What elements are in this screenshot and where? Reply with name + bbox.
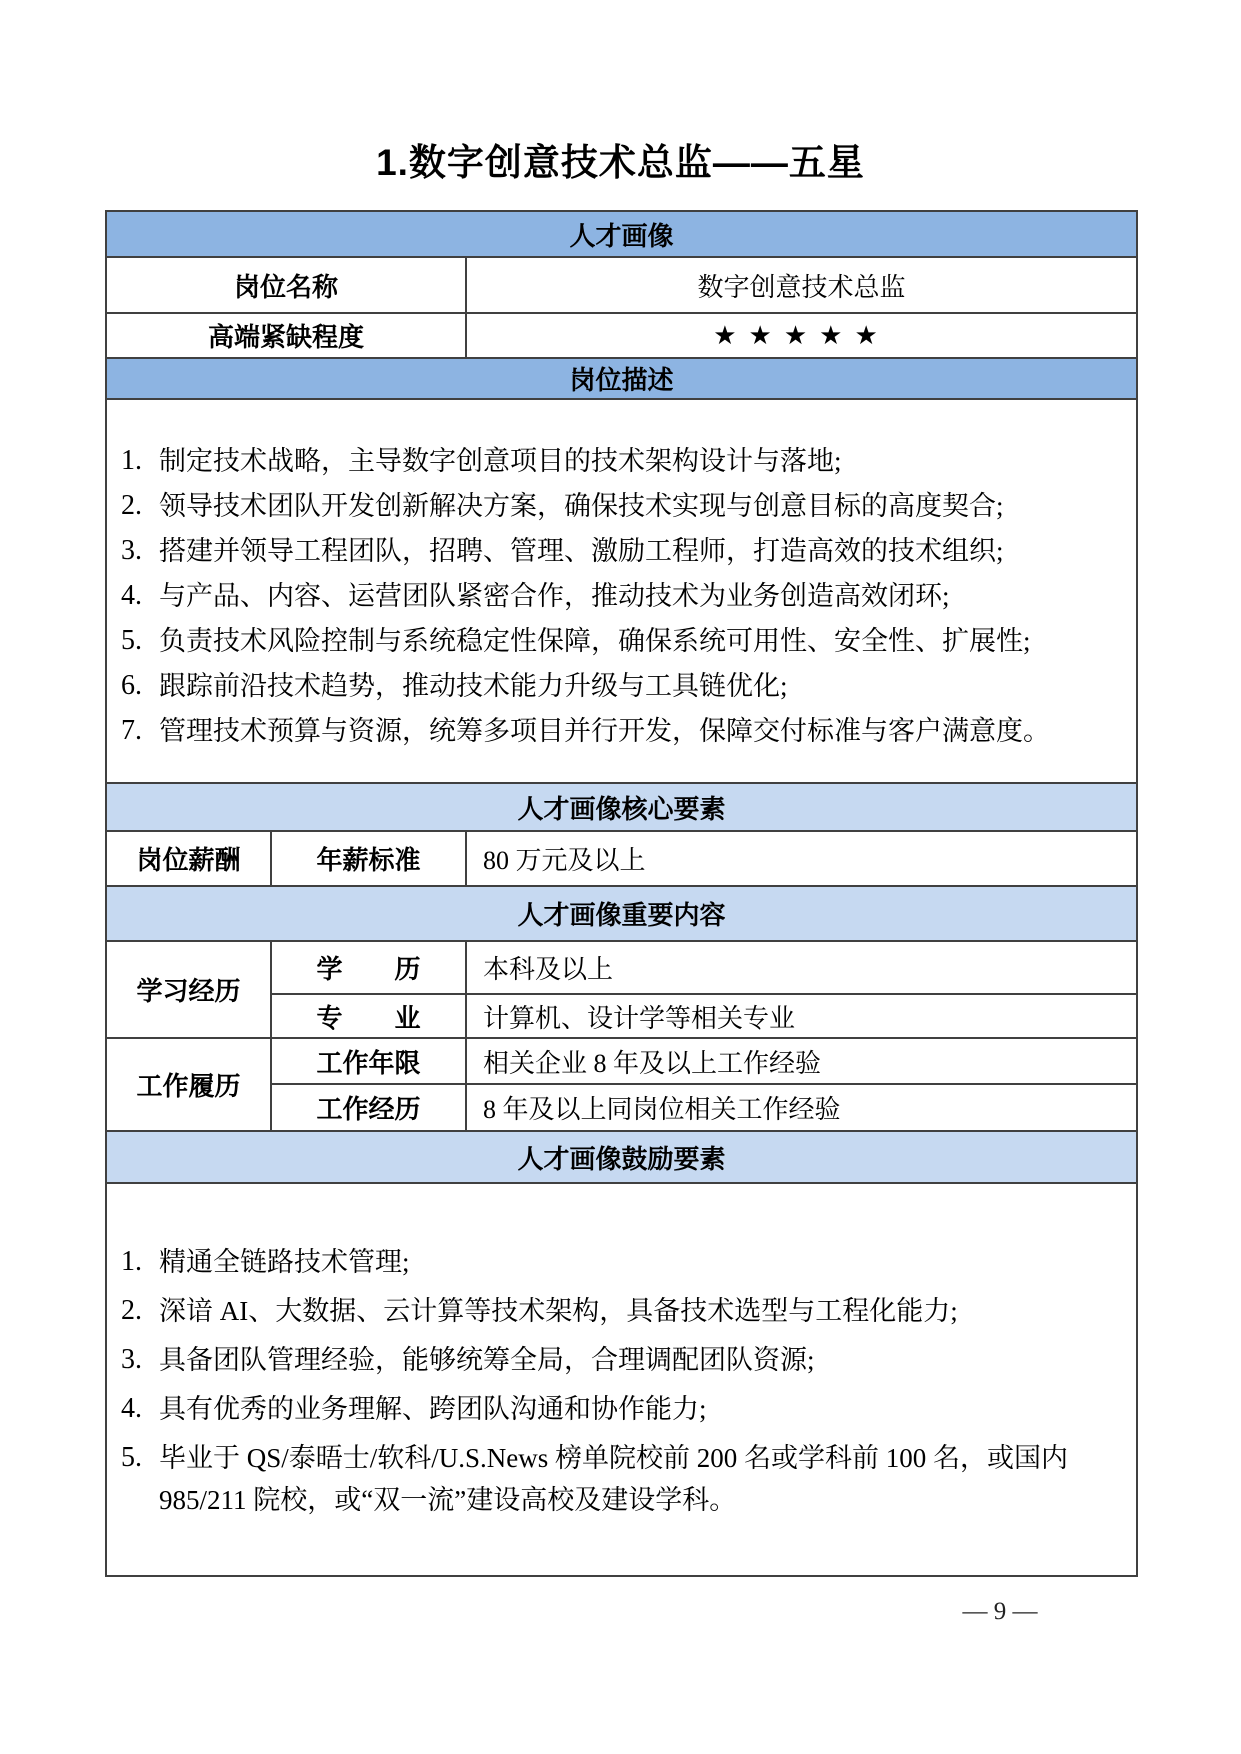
salary-standard-label: 年薪标准 — [271, 831, 466, 886]
item-number: 7. — [121, 709, 159, 753]
item-text: 搭建并领导工程团队，招聘、管理、激励工程师，打造高效的技术组织; — [159, 529, 1124, 573]
job-description-item: 4. 与产品、内容、运营团队紧密合作，推动技术为业务创造高效闭环; — [121, 574, 1124, 618]
encourage-list: 1. 精通全链路技术管理; 2. 深谙 AI、大数据、云计算等技术架构，具备技术… — [121, 1241, 1124, 1521]
degree-label: 学 历 — [271, 941, 466, 994]
job-description-item: 7. 管理技术预算与资源，统筹多项目并行开发，保障交付标准与客户满意度。 — [121, 709, 1124, 753]
section-header-important-content: 人才画像重要内容 — [106, 886, 1137, 941]
item-number: 2. — [121, 484, 159, 528]
item-number: 2. — [121, 1290, 159, 1332]
item-text: 具备团队管理经验，能够统筹全局，合理调配团队资源; — [159, 1339, 1124, 1381]
work-experience-value: 8 年及以上同岗位相关工作经验 — [466, 1084, 1137, 1131]
position-name-row: 岗位名称 数字创意技术总监 — [106, 257, 1137, 313]
item-number: 4. — [121, 1388, 159, 1430]
job-description-item: 1. 制定技术战略，主导数字创意项目的技术架构设计与落地; — [121, 439, 1124, 483]
section-header-encourage: 人才画像鼓励要素 — [106, 1131, 1137, 1183]
item-number: 3. — [121, 529, 159, 573]
job-description-item: 6. 跟踪前沿技术趋势，推动技术能力升级与工具链优化; — [121, 664, 1124, 708]
item-text: 跟踪前沿技术趋势，推动技术能力升级与工具链优化; — [159, 664, 1124, 708]
item-text: 深谙 AI、大数据、云计算等技术架构，具备技术选型与工程化能力; — [159, 1290, 1124, 1332]
item-number: 1. — [121, 1241, 159, 1283]
section-header-core-elements: 人才画像核心要素 — [106, 783, 1137, 831]
item-number: 5. — [121, 1437, 159, 1479]
work-group-label: 工作履历 — [106, 1038, 271, 1131]
section-header-row-encourage: 人才画像鼓励要素 — [106, 1131, 1137, 1183]
job-description-item: 2. 领导技术团队开发创新解决方案，确保技术实现与创意目标的高度契合; — [121, 484, 1124, 528]
job-description-item: 3. 搭建并领导工程团队，招聘、管理、激励工程师，打造高效的技术组织; — [121, 529, 1124, 573]
item-text: 毕业于 QS/泰晤士/软科/U.S.News 榜单院校前 200 名或学科前 1… — [159, 1437, 1124, 1521]
section-header-row-job-description: 岗位描述 — [106, 358, 1137, 399]
item-text: 制定技术战略，主导数字创意项目的技术架构设计与落地; — [159, 439, 1124, 483]
encourage-item: 2. 深谙 AI、大数据、云计算等技术架构，具备技术选型与工程化能力; — [121, 1290, 1124, 1332]
salary-row: 岗位薪酬 年薪标准 80 万元及以上 — [106, 831, 1137, 886]
job-description-list: 1. 制定技术战略，主导数字创意项目的技术架构设计与落地; 2. 领导技术团队开… — [121, 439, 1124, 753]
item-number: 3. — [121, 1339, 159, 1381]
education-degree-row: 学习经历 学 历 本科及以上 — [106, 941, 1137, 994]
salary-value: 80 万元及以上 — [466, 831, 1137, 886]
item-text: 负责技术风险控制与系统稳定性保障，确保系统可用性、安全性、扩展性; — [159, 619, 1124, 663]
item-text: 具有优秀的业务理解、跨团队沟通和协作能力; — [159, 1388, 1124, 1430]
position-name-label: 岗位名称 — [106, 257, 466, 313]
encourage-item: 3. 具备团队管理经验，能够统筹全局，合理调配团队资源; — [121, 1339, 1124, 1381]
work-experience-label: 工作经历 — [271, 1084, 466, 1131]
education-group-label: 学习经历 — [106, 941, 271, 1038]
job-description-item: 5. 负责技术风险控制与系统稳定性保障，确保系统可用性、安全性、扩展性; — [121, 619, 1124, 663]
major-label: 专 业 — [271, 994, 466, 1038]
job-description-cell: 1. 制定技术战略，主导数字创意项目的技术架构设计与落地; 2. 领导技术团队开… — [106, 399, 1137, 783]
page-number: — 9 — — [930, 1598, 1070, 1626]
page-title: 1.数字创意技术总监——五星 — [105, 132, 1136, 186]
item-number: 4. — [121, 574, 159, 618]
encourage-cell: 1. 精通全链路技术管理; 2. 深谙 AI、大数据、云计算等技术架构，具备技术… — [106, 1183, 1137, 1576]
salary-group-label: 岗位薪酬 — [106, 831, 271, 886]
item-text: 管理技术预算与资源，统筹多项目并行开发，保障交付标准与客户满意度。 — [159, 709, 1124, 753]
item-number: 6. — [121, 664, 159, 708]
job-description-row: 1. 制定技术战略，主导数字创意项目的技术架构设计与落地; 2. 领导技术团队开… — [106, 399, 1137, 783]
encourage-item: 1. 精通全链路技术管理; — [121, 1241, 1124, 1283]
item-number: 5. — [121, 619, 159, 663]
scarcity-label: 高端紧缺程度 — [106, 313, 466, 358]
scarcity-stars: ★★★★★ — [466, 313, 1137, 358]
major-value: 计算机、设计学等相关专业 — [466, 994, 1137, 1038]
section-header-row-profile: 人才画像 — [106, 211, 1137, 257]
section-header-job-description: 岗位描述 — [106, 358, 1137, 399]
work-years-label: 工作年限 — [271, 1038, 466, 1084]
item-text: 精通全链路技术管理; — [159, 1241, 1124, 1283]
section-header-row-important-content: 人才画像重要内容 — [106, 886, 1137, 941]
item-number: 1. — [121, 439, 159, 483]
degree-value: 本科及以上 — [466, 941, 1137, 994]
item-text: 领导技术团队开发创新解决方案，确保技术实现与创意目标的高度契合; — [159, 484, 1124, 528]
scarcity-row: 高端紧缺程度 ★★★★★ — [106, 313, 1137, 358]
item-text: 与产品、内容、运营团队紧密合作，推动技术为业务创造高效闭环; — [159, 574, 1124, 618]
document-page: 1.数字创意技术总监——五星 人才画像 岗位名称 数字创意技术总监 高端紧缺程度… — [0, 0, 1241, 1754]
position-name-value: 数字创意技术总监 — [466, 257, 1137, 313]
work-years-value: 相关企业 8 年及以上工作经验 — [466, 1038, 1137, 1084]
encourage-row: 1. 精通全链路技术管理; 2. 深谙 AI、大数据、云计算等技术架构，具备技术… — [106, 1183, 1137, 1576]
encourage-item: 4. 具有优秀的业务理解、跨团队沟通和协作能力; — [121, 1388, 1124, 1430]
work-years-row: 工作履历 工作年限 相关企业 8 年及以上工作经验 — [106, 1038, 1137, 1084]
section-header-profile: 人才画像 — [106, 211, 1137, 257]
section-header-row-core-elements: 人才画像核心要素 — [106, 783, 1137, 831]
talent-profile-table: 人才画像 岗位名称 数字创意技术总监 高端紧缺程度 ★★★★★ 岗位描述 1. … — [105, 210, 1138, 1577]
encourage-item: 5. 毕业于 QS/泰晤士/软科/U.S.News 榜单院校前 200 名或学科… — [121, 1437, 1124, 1521]
